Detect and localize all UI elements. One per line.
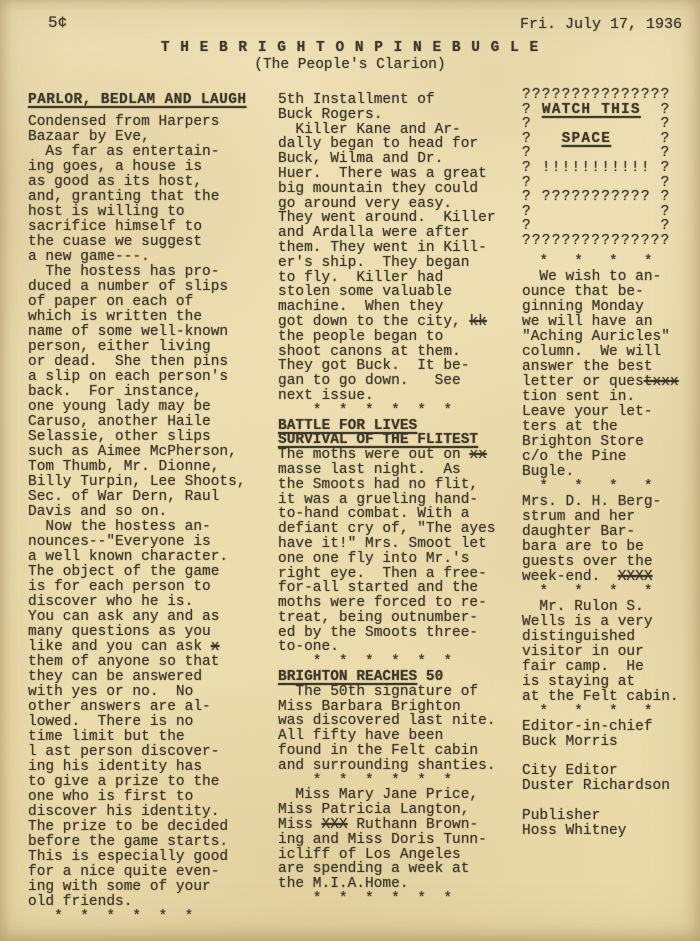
text-line: the M.I.A.Home. [278,877,496,892]
column-right: ???????????????? WATCH THIS ?? ?? SPACE … [522,88,698,839]
text-line: ? ? [522,219,698,234]
text-line: Condensed from Harpers [28,115,266,130]
text-line: Editor-in-chief [522,720,698,735]
middle-column-body: 5th Installment ofBuck Rogers. Killer Ka… [278,93,496,907]
text-line: ing his identity has [28,760,266,775]
text-line: Huer. There was a great [278,167,496,182]
text-line: Caruso, another Haile [28,415,266,430]
text-line: Bazaar by Eve, [28,130,266,145]
text-line: Davis and so on. [28,505,266,520]
text-line: Leave your let- [522,405,698,420]
text-line: the people began to [278,330,496,345]
left-column-body: Condensed from HarpersBazaar by Eve, As … [28,115,266,925]
text-line: the Smoots had no flit, [278,478,496,493]
text-line: The object of the game [28,565,266,580]
text-line: * * * * [522,585,698,600]
article-heading-parlor: PARLOR, BEDLAM AND LAUGH [28,93,266,108]
text-line: to give a prize to the [28,775,266,790]
text-line: They went around. Killer [278,211,496,226]
text-line: before the game starts. [28,835,266,850]
text-line: "Aching Auricles" [522,330,698,345]
text-line: like and you can ask x [28,640,266,655]
text-line: moths were forced to re- [278,596,496,611]
text-line: week-end. XXXX [522,570,698,585]
text-line: ? ? [522,176,698,191]
text-line: strum and her [522,510,698,525]
text-line: BRIGHTON REACHES 50 [278,670,496,685]
text-line: ounce that be- [522,285,698,300]
text-line: They got Buck. It be- [278,359,496,374]
text-line: daughter Bar- [522,525,698,540]
text-line: and surrounding shanties. [278,759,496,774]
text-line: are spending a week at [278,862,496,877]
text-line: nounces--"Everyone is [28,535,266,550]
text-line: of paper on each of [28,295,266,310]
text-line: column. We will [522,345,698,360]
newsletter-title: T H E B R I G H T O N P I N E B U G L E [0,40,700,56]
text-line: dally began to head for [278,137,496,152]
text-line: c/o the Pine [522,450,698,465]
text-line: tion sent in. [522,390,698,405]
text-line: Wells is a very [522,615,698,630]
text-line: Mrs. D. H. Berg- [522,495,698,510]
text-line: old friends. [28,895,266,910]
text-line: fair camp. He [522,660,698,675]
text-line [522,750,698,765]
text-line: ginning Monday [522,300,698,315]
text-line: found in the Felt cabin [278,744,496,759]
text-line: This is especially good [28,850,266,865]
text-line: and Ardalla were after [278,226,496,241]
text-line: a well known character. [28,550,266,565]
right-column-body: * * * * We wish to an-ounce that be-ginn… [522,255,698,839]
text-line: er's ship. They began [278,256,496,271]
text-line: The prize to be decided [28,820,266,835]
text-line: ing with some of your [28,880,266,895]
text-line: distinguished [522,630,698,645]
text-line: defiant cry of, "The ayes [278,522,496,537]
text-line: Publisher [522,809,698,824]
text-line: for a nice quite even- [28,865,266,880]
text-line: and, granting that the [28,190,266,205]
text-line: Sec. of War Dern, Raul [28,490,266,505]
text-line: such as Aimee McPherson, [28,445,266,460]
text-line: Tom Thumb, Mr. Dionne, [28,460,266,475]
masthead: T H E B R I G H T O N P I N E B U G L E … [0,40,700,73]
text-line: All fifty have been [278,729,496,744]
text-line: Miss Patricia Langton, [278,803,496,818]
text-line: lowed. There is no [28,715,266,730]
text-line: Duster Richardson [522,779,698,794]
text-line: treat, being outnumber- [278,611,496,626]
column-left: PARLOR, BEDLAM AND LAUGH Condensed from … [28,93,266,925]
text-line: a new game---. [28,250,266,265]
text-line: Miss XXX Ruthann Brown- [278,818,496,833]
text-line: which is written the [28,310,266,325]
text-line: letter or questxxx [522,375,698,390]
text-line: Billy Turpin, Lee Shoots, [28,475,266,490]
text-line: duced a number of slips [28,280,266,295]
price-label: 5¢ [48,14,67,32]
text-line: at the Felt cabin. [522,690,698,705]
text-line: sacrifice himself to [28,220,266,235]
text-line: machine. When they [278,300,496,315]
text-line: many questions as you [28,625,266,640]
text-line: or dead. She then pins [28,355,266,370]
text-line: * * * * * * [278,655,496,670]
watch-this-space-box: ???????????????? WATCH THIS ?? ?? SPACE … [522,88,698,249]
text-line: have it!" Mrs. Smoot let [278,537,496,552]
text-line: answer the best [522,360,698,375]
text-line: for-all started and the [278,581,496,596]
text-line: ? ? [522,146,698,161]
text-line: 5th Installment of [278,93,496,108]
text-line: time limit but the [28,730,266,745]
text-line: to-hand combat. With a [278,507,496,522]
column-middle: 5th Installment ofBuck Rogers. Killer Ka… [278,93,496,907]
text-line: they can be answered [28,670,266,685]
text-line: ??????????????? [522,88,698,103]
text-line: Buck Rogers. [278,108,496,123]
text-line: we will have an [522,315,698,330]
text-line: ing and Miss Doris Tunn- [278,833,496,848]
text-line: ? ? [522,117,698,132]
text-line: * * * * * * [28,910,266,925]
text-line: ? !!!!!!!!!!! ? [522,161,698,176]
text-line: guests over the [522,555,698,570]
newsletter-page: 5¢ Fri. July 17, 1936 T H E B R I G H T … [0,0,700,941]
text-line: other answers are al- [28,700,266,715]
text-line: * * * * [522,480,698,495]
text-line: got down to the city, kk [278,315,496,330]
text-line: host is willing to [28,205,266,220]
text-line: masse last night. As [278,463,496,478]
newsletter-subtitle: (The People's Clarion) [0,57,700,73]
text-line: big mountain they could [278,182,496,197]
text-line: name of some well-known [28,325,266,340]
text-line: stolen some valuable [278,285,496,300]
text-line: SURVIVAL OF THE FLITEST [278,433,496,448]
text-line: one who is first to [28,790,266,805]
text-line [522,794,698,809]
date-label: Fri. July 17, 1936 [520,16,682,33]
text-line: with yes or no. No [28,685,266,700]
text-line: ??????????????? [522,234,698,249]
text-line: ? ??????????? ? [522,190,698,205]
text-line: * * * * * * [278,404,496,419]
text-line: ? WATCH THIS ? [522,103,698,118]
text-line: person, either living [28,340,266,355]
text-line: * * * * [522,705,698,720]
text-line: The moths were out on xx [278,448,496,463]
text-line: Buck Morris [522,735,698,750]
text-line: a slip on each person's [28,370,266,385]
text-line: As far as entertain- [28,145,266,160]
text-line: You can ask any and as [28,610,266,625]
text-line: Bugle. [522,465,698,480]
text-line: discover his identity. [28,805,266,820]
text-line: ing goes, a house is [28,160,266,175]
text-line: bara are to be [522,540,698,555]
text-line: Hoss Whitney [522,824,698,839]
text-line: We wish to an- [522,270,698,285]
text-line: one young lady may be [28,400,266,415]
text-line: gan to go down. See [278,374,496,389]
text-line: Selassie, other slips [28,430,266,445]
text-line: them of anyone so that [28,655,266,670]
text-line: visitor in our [522,645,698,660]
text-line: as good as its host, [28,175,266,190]
text-line: * * * * [522,255,698,270]
text-line: l ast person discover- [28,745,266,760]
text-line: Mr. Rulon S. [522,600,698,615]
text-line: The 50th signature of [278,685,496,700]
text-line: Now the hostess an- [28,520,266,535]
text-line: next issue. [278,389,496,404]
text-line: City Editor [522,764,698,779]
text-line: discover who he is. [28,595,266,610]
text-line: Brighton Store [522,435,698,450]
text-line: ters at the [522,420,698,435]
text-line: back. For instance, [28,385,266,400]
text-line: is for each person to [28,580,266,595]
text-line: * * * * * * [278,892,496,907]
text-line: one one fly into Mr.'s [278,552,496,567]
text-line: The hostess has pro- [28,265,266,280]
text-line: the cuase we suggest [28,235,266,250]
text-line: is staying at [522,675,698,690]
text-line: them. They went in Kill- [278,241,496,256]
text-line: Buck, Wilma and Dr. [278,152,496,167]
